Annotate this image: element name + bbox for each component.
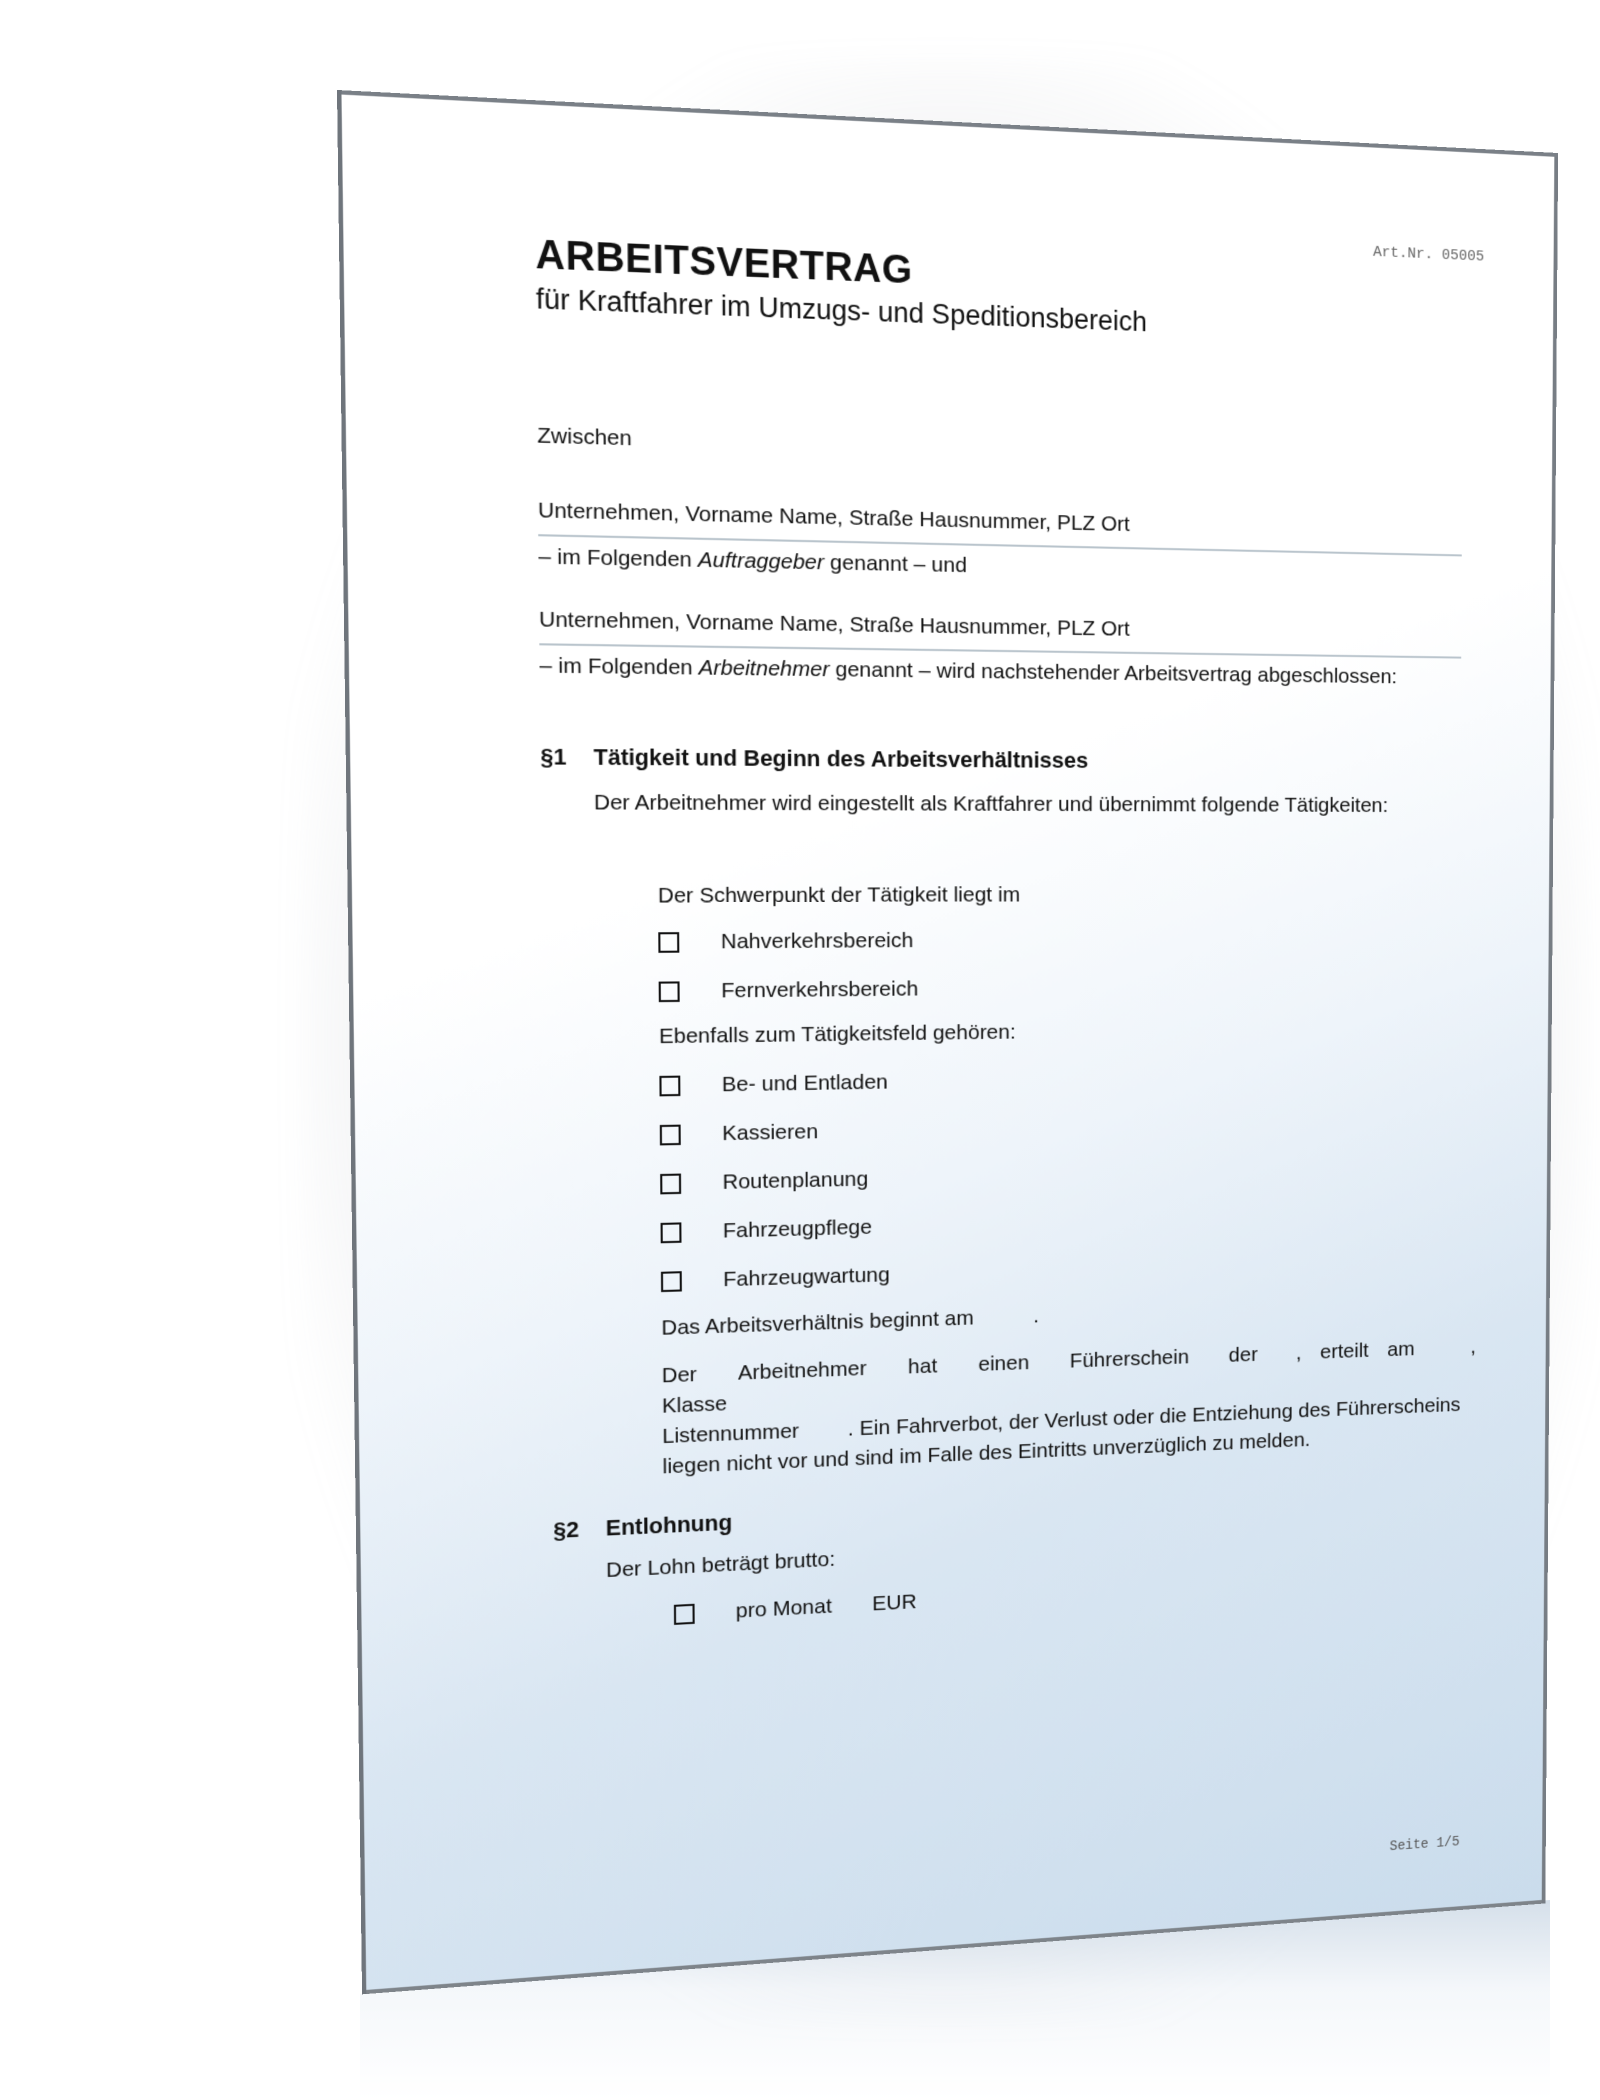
checkbox-icon[interactable] xyxy=(659,1076,680,1097)
checkbox-icon[interactable] xyxy=(661,1271,682,1292)
section2-intro: Der Lohn beträgt brutto: xyxy=(606,1548,835,1583)
start-date-field[interactable] xyxy=(974,1322,1033,1324)
license-issued-field[interactable] xyxy=(1414,1333,1470,1393)
license-list-label: Listennummer xyxy=(662,1420,799,1449)
product-preview-stage: Art.Nr. 05005 ARBEITSVERTRAG für Kraftfa… xyxy=(0,0,1600,2100)
license-list-field[interactable] xyxy=(799,1436,848,1438)
checkbox-label: Nahverkehrsbereich xyxy=(721,929,914,955)
checkbox-fahrzeugwartung[interactable]: Fahrzeugwartung xyxy=(661,1263,890,1294)
between-label: Zwischen xyxy=(537,424,632,452)
section2-number: §2 xyxy=(553,1515,606,1544)
checkbox-kassieren[interactable]: Kassieren xyxy=(660,1120,818,1147)
checkbox-icon[interactable] xyxy=(674,1604,695,1625)
start-date-label: Das Arbeitsverhältnis beginnt am xyxy=(661,1307,973,1340)
checkbox-be-entladen[interactable]: Be- und Entladen xyxy=(659,1070,888,1098)
section1-heading: §1Tätigkeit und Beginn des Arbeitsverhäl… xyxy=(540,744,1088,774)
party1-address-field[interactable]: Unternehmen, Vorname Name, Straße Hausnu… xyxy=(538,498,1130,537)
checkbox-label: pro Monat xyxy=(736,1595,832,1624)
party2-role: – im Folgenden Arbeitnehmer genannt – wi… xyxy=(539,654,1397,689)
license-issued-label: , erteilt am xyxy=(1296,1335,1415,1397)
section2-heading: §2Entlohnung xyxy=(553,1510,732,1544)
checkbox-icon[interactable] xyxy=(660,1125,681,1146)
checkbox-label: Fernverkehrsbereich xyxy=(721,977,918,1003)
checkbox-label: Fahrzeugpflege xyxy=(723,1216,872,1244)
also-label: Ebenfalls zum Tätigkeitsfeld gehören: xyxy=(659,1021,1016,1050)
section1-title: Tätigkeit und Beginn des Arbeitsverhältn… xyxy=(593,744,1088,773)
document-subtitle: für Kraftfahrer im Umzugs- und Spedition… xyxy=(536,283,1147,338)
document-page: Art.Nr. 05005 ARBEITSVERTRAG für Kraftfa… xyxy=(337,90,1558,1994)
checkbox-label: Be- und Entladen xyxy=(722,1070,888,1097)
party1-role-suffix: genannt – und xyxy=(824,551,967,577)
party2-role-name: Arbeitnehmer xyxy=(699,656,830,681)
section2-title: Entlohnung xyxy=(606,1510,733,1541)
article-number: Art.Nr. 05005 xyxy=(1373,244,1484,266)
checkbox-label: Kassieren xyxy=(722,1120,818,1146)
license-comma: , xyxy=(1470,1333,1476,1391)
checkbox-pro-monat[interactable]: pro Monat EUR xyxy=(674,1590,917,1627)
checkbox-routenplanung[interactable]: Routenplanung xyxy=(660,1167,868,1196)
page-indicator: Seite 1/5 xyxy=(1390,1835,1460,1855)
checkbox-icon[interactable] xyxy=(658,932,679,953)
party2-role-prefix: – im Folgenden xyxy=(539,654,698,680)
license-class-field[interactable] xyxy=(1258,1339,1296,1399)
checkbox-icon[interactable] xyxy=(661,1222,682,1243)
party1-role: – im Folgenden Auftraggeber genannt – un… xyxy=(538,545,967,579)
party1-role-name: Auftraggeber xyxy=(698,548,824,574)
checkbox-fahrzeugpflege[interactable]: Fahrzeugpflege xyxy=(661,1216,873,1246)
focus-label: Der Schwerpunkt der Tätigkeit liegt im xyxy=(658,883,1020,908)
license-paragraph: Der Arbeitnehmer hat einen Führerschein … xyxy=(662,1333,1476,1483)
checkbox-nahverkehr[interactable]: Nahverkehrsbereich xyxy=(658,929,913,955)
checkbox-fernverkehr[interactable]: Fernverkehrsbereich xyxy=(659,977,919,1004)
checkbox-label: Routenplanung xyxy=(722,1167,868,1195)
section1-number: §1 xyxy=(540,744,593,771)
currency-label: EUR xyxy=(872,1590,917,1616)
amount-field[interactable] xyxy=(832,1605,872,1607)
party2-role-suffix: genannt – wird nachstehender Arbeitsvert… xyxy=(829,658,1397,688)
party2-address-field[interactable]: Unternehmen, Vorname Name, Straße Hausnu… xyxy=(539,608,1130,642)
checkbox-icon[interactable] xyxy=(659,981,680,1002)
start-date-line: Das Arbeitsverhältnis beginnt am. xyxy=(661,1304,1039,1340)
checkbox-icon[interactable] xyxy=(660,1174,681,1195)
party1-role-prefix: – im Folgenden xyxy=(538,545,698,572)
section1-intro: Der Arbeitnehmer wird eingestellt als Kr… xyxy=(594,791,1388,818)
start-date-end: . xyxy=(1033,1304,1039,1327)
checkbox-label: Fahrzeugwartung xyxy=(723,1263,890,1292)
